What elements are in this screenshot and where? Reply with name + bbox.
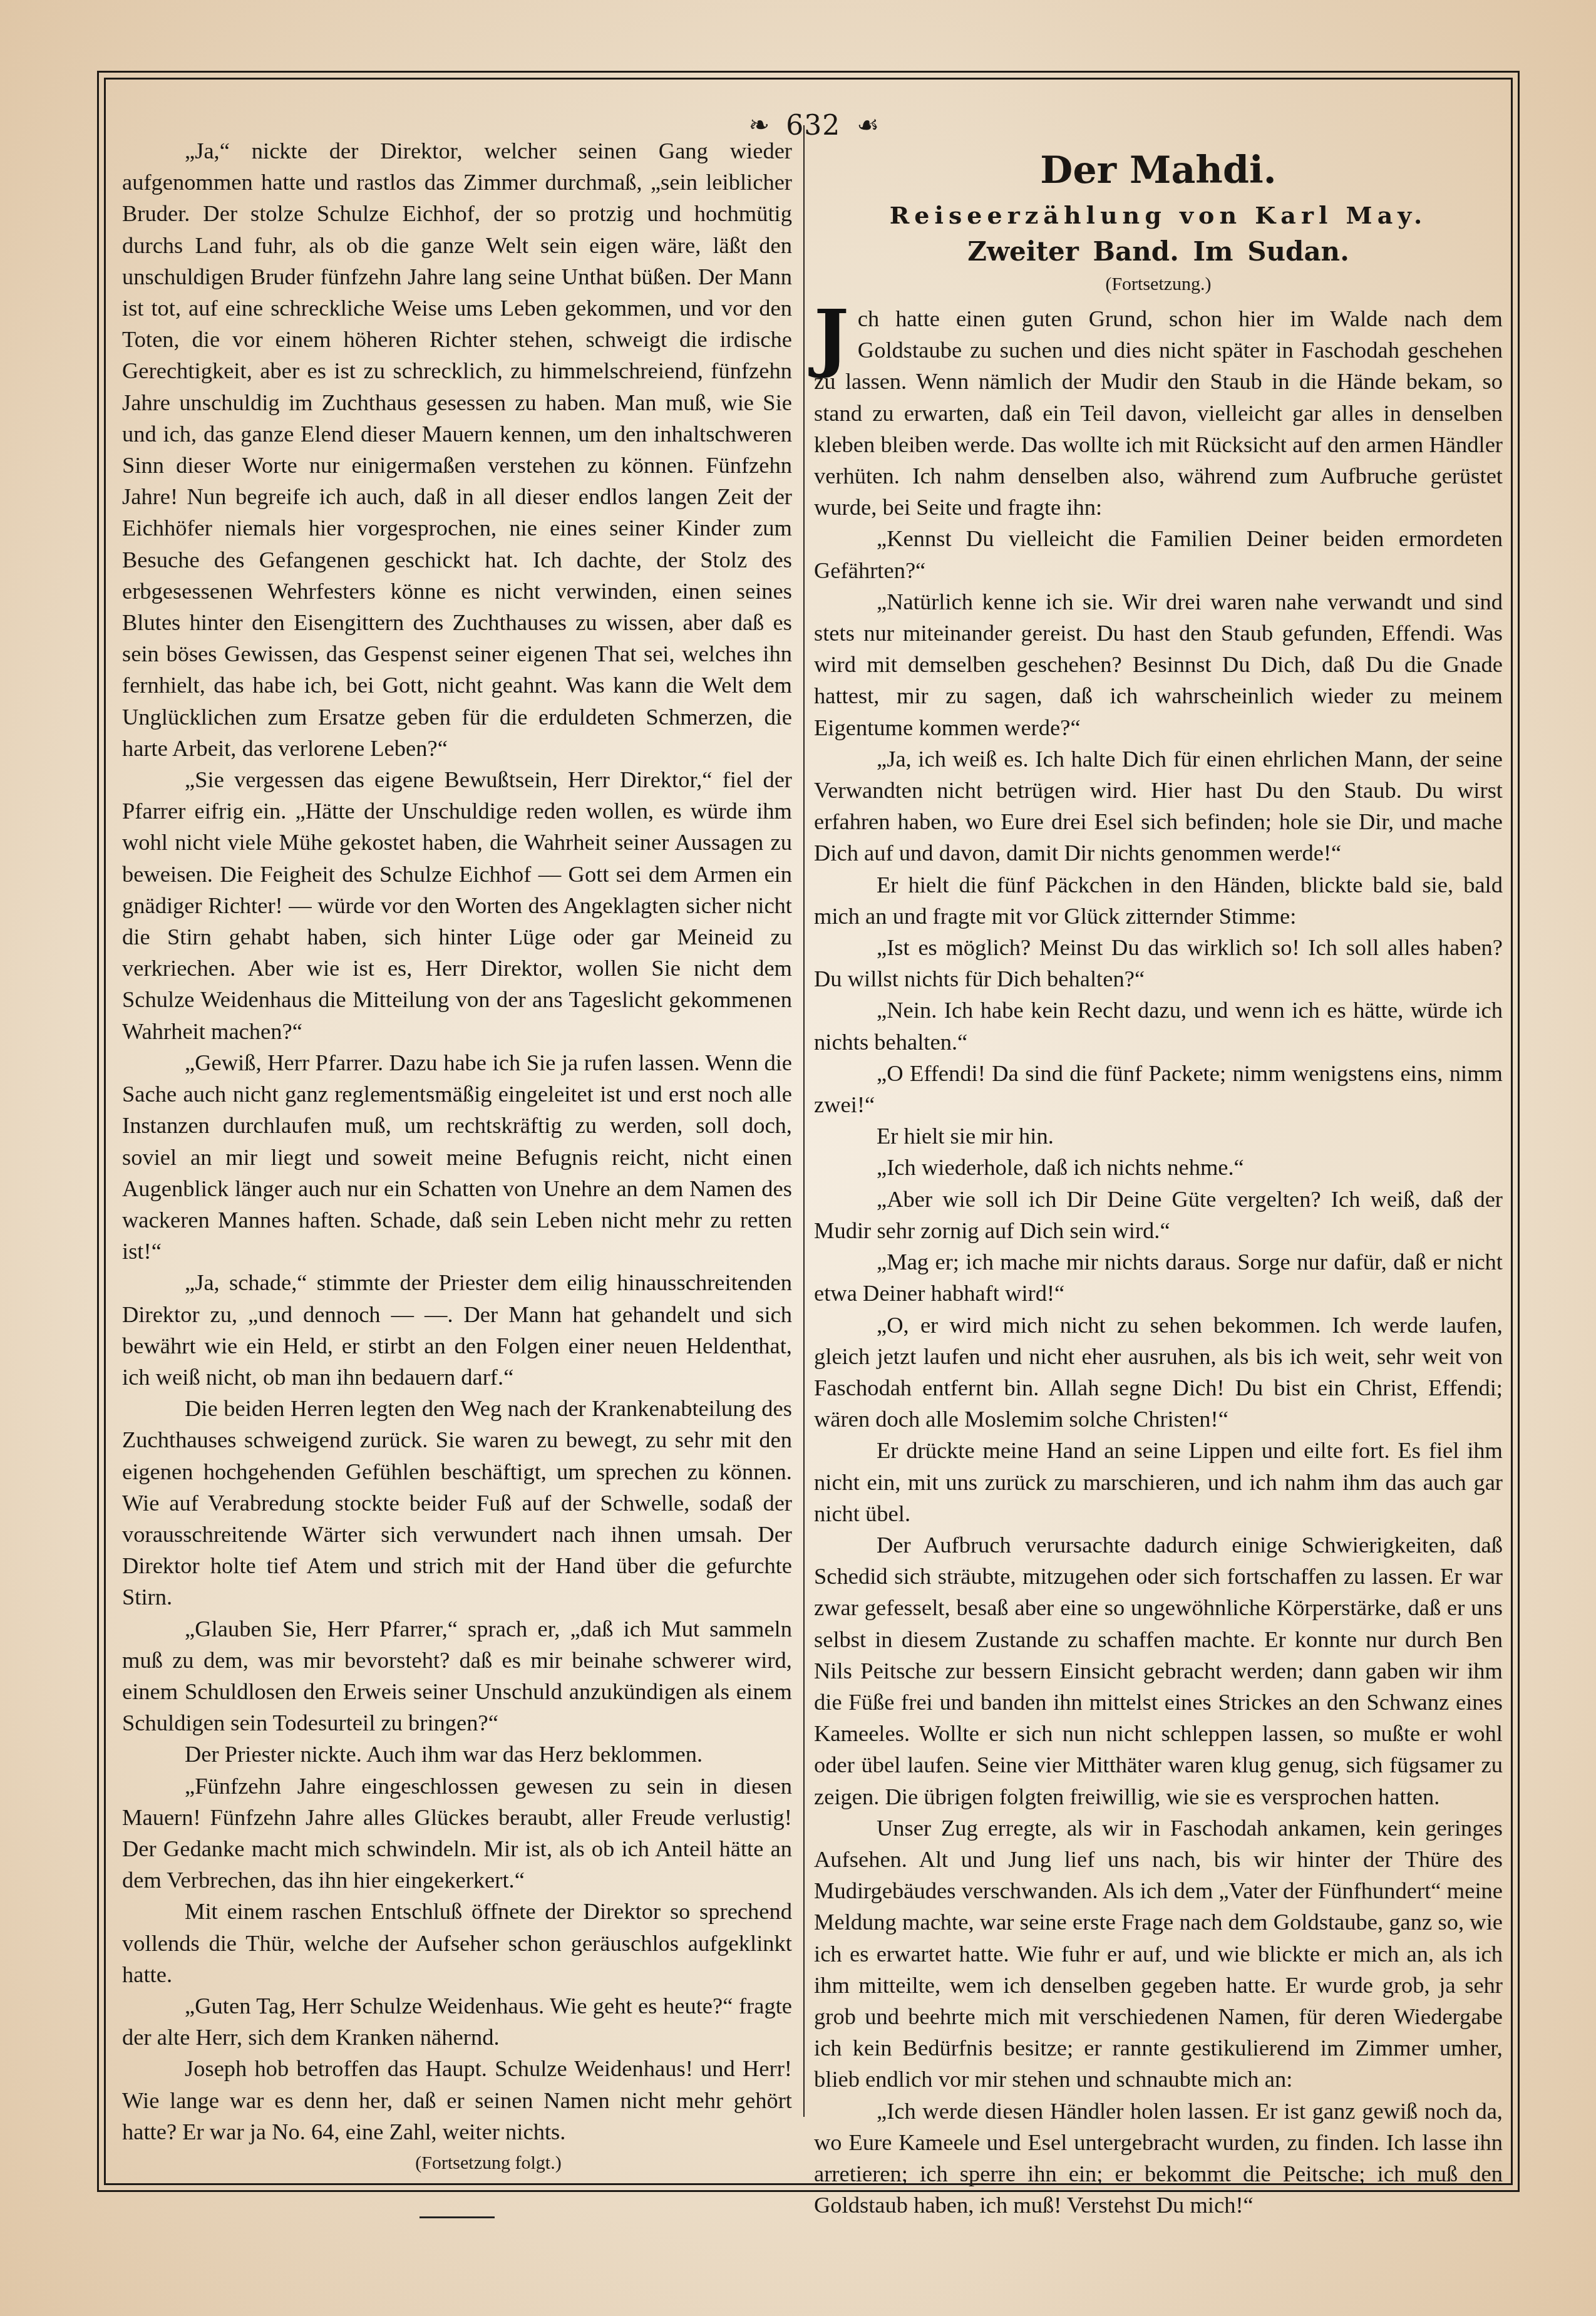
article-subtitle: Reiseerzählung von Karl May. bbox=[814, 199, 1503, 232]
paragraph: „Ja, ich weiß es. Ich halte Dich für ein… bbox=[814, 743, 1503, 869]
paragraph: Unser Zug erregte, als wir in Faschodah … bbox=[814, 1812, 1503, 2096]
left-column-story: „Ja,“ nickte der Direktor, welcher seine… bbox=[122, 135, 792, 2218]
paragraph: Mit einem raschen Entschluß öffnete der … bbox=[122, 1896, 792, 1990]
ornament-left-icon: ❧ bbox=[749, 113, 770, 138]
right-column-article: Der Mahdi. Reiseerzählung von Karl May. … bbox=[814, 145, 1503, 2221]
paragraph: Er hielt die fünf Päckchen in den Händen… bbox=[814, 869, 1503, 932]
paragraph: „Mag er; ich mache mir nichts daraus. So… bbox=[814, 1246, 1503, 1309]
article-volume: Zweiter Band. Im Sudan. bbox=[814, 234, 1503, 269]
dropcap: J bbox=[814, 308, 849, 366]
paragraph: „O, er wird mich nicht zu sehen bekommen… bbox=[814, 1310, 1503, 1435]
paragraph: „Natürlich kenne ich sie. Wir drei waren… bbox=[814, 586, 1503, 743]
paragraph: „Sie vergessen das eigene Bewußtsein, He… bbox=[122, 764, 792, 1047]
paragraph: „Gewiß, Herr Pfarrer. Dazu habe ich Sie … bbox=[122, 1047, 792, 1267]
paragraph: „Fünfzehn Jahre eingeschlossen gewesen z… bbox=[122, 1771, 792, 1896]
paragraph: „Glauben Sie, Herr Pfarrer,“ sprach er, … bbox=[122, 1613, 792, 1739]
paragraph: „Ja,“ nickte der Direktor, welcher seine… bbox=[122, 135, 792, 764]
paragraph: Joseph hob betroffen das Haupt. Schulze … bbox=[122, 2053, 792, 2148]
article-title: Der Mahdi. bbox=[814, 145, 1503, 195]
paragraph: Er hielt sie mir hin. bbox=[814, 1120, 1503, 1152]
paragraph: Die beiden Herren legten den Weg nach de… bbox=[122, 1393, 792, 1613]
continued-note: (Fortsetzung folgt.) bbox=[122, 2148, 792, 2179]
paragraph: „Kennst Du vielleicht die Familien Deine… bbox=[814, 523, 1503, 586]
paragraph: „Guten Tag, Herr Schulze Weidenhaus. Wie… bbox=[122, 1990, 792, 2053]
first-paragraph: Jch hatte einen guten Grund, schon hier … bbox=[814, 303, 1503, 523]
ornament-right-icon: ☙ bbox=[857, 113, 879, 138]
paragraph: Er drückte meine Hand an seine Lippen un… bbox=[814, 1435, 1503, 1529]
paragraph: „Ich werde diesen Händler holen lassen. … bbox=[814, 2096, 1503, 2221]
paragraph: „Nein. Ich habe kein Recht dazu, und wen… bbox=[814, 995, 1503, 1057]
end-rule-divider bbox=[420, 2216, 495, 2218]
paragraph: „Ja, schade,“ stimmte der Priester dem e… bbox=[122, 1267, 792, 1393]
continuation-note: (Fortsetzung.) bbox=[814, 271, 1503, 298]
paragraph: Der Aufbruch verursachte dadurch einige … bbox=[814, 1529, 1503, 1812]
paragraph: „Aber wie soll ich Dir Deine Güte vergel… bbox=[814, 1184, 1503, 1246]
paragraph: „O Effendi! Da sind die fünf Packete; ni… bbox=[814, 1058, 1503, 1120]
paragraph: „Ist es möglich? Meinst Du das wirklich … bbox=[814, 932, 1503, 995]
paragraph: Der Priester nickte. Auch ihm war das He… bbox=[122, 1739, 792, 1770]
page-number: 632 bbox=[786, 110, 840, 142]
column-divider bbox=[803, 125, 805, 2117]
paragraph: „Ich wiederhole, daß ich nichts nehme.“ bbox=[814, 1152, 1503, 1183]
first-paragraph-text: ch hatte einen guten Grund, schon hier i… bbox=[814, 306, 1503, 520]
